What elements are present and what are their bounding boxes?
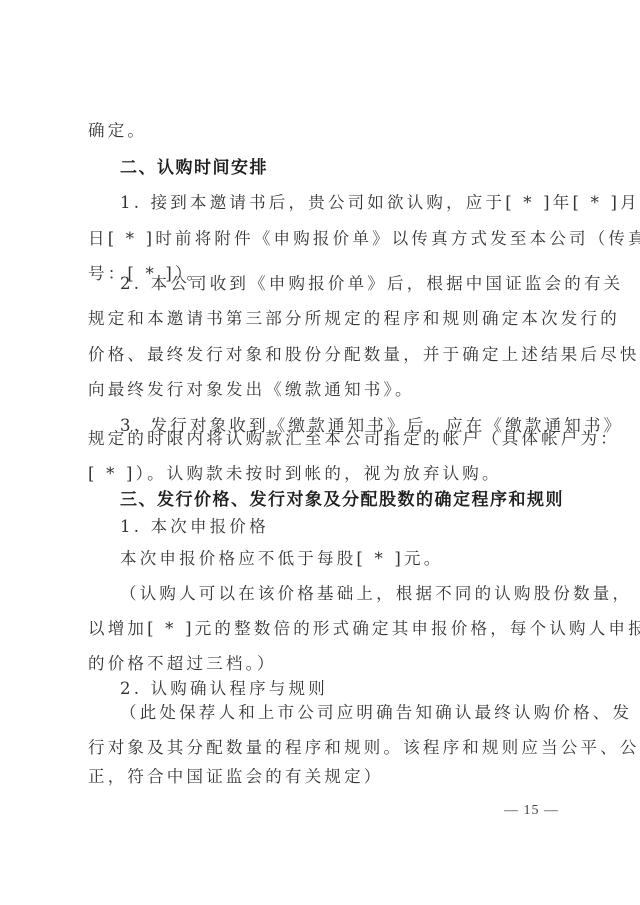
paragraph-line: （此处保荐人和上市公司应明确告知确认最终认购价格、发	[120, 703, 590, 723]
paragraph-line: （认购人可以在该价格基础上，根据不同的认购股份数量，	[120, 584, 590, 604]
section-heading-2: 二、认购时间安排	[120, 158, 590, 178]
paragraph-line: 1. 本次申报价格	[120, 517, 590, 537]
paragraph-line: 规定的时限内将认购款汇至本公司指定的帐户（具体帐户为：	[88, 429, 558, 449]
paragraph-line: 日[ * ]时前将附件《申购报价单》以传真方式发至本公司（传真	[88, 229, 558, 249]
paragraph-line: 2. 认购确认程序与规则	[120, 679, 590, 699]
paragraph-line: 向最终发行对象发出《缴款通知书》。	[88, 380, 558, 400]
paragraph-line: 以增加[ * ]元的整数倍的形式确定其申报价格，每个认购人申报	[88, 619, 558, 639]
paragraph-line: 确定。	[88, 121, 558, 141]
paragraph-line: 规定和本邀请书第三部分所规定的程序和规则确定本次发行的	[88, 309, 558, 329]
paragraph-line: 价格、最终发行对象和股份分配数量，并于确定上述结果后尽快	[88, 345, 558, 365]
paragraph-line: 行对象及其分配数量的程序和规则。该程序和规则应当公平、公	[88, 738, 558, 758]
paragraph-line: [ * ]）。认购款未按时到帐的，视为放弃认购。	[88, 464, 558, 484]
paragraph-line: 的价格不超过三档。）	[88, 654, 558, 674]
paragraph-line: 1. 接到本邀请书后，贵公司如欲认购，应于[ * ]年[ * ]月[ * ]	[120, 193, 590, 213]
paragraph-line: 本次申报价格应不低于每股[ * ]元。	[120, 549, 590, 569]
page-number: — 15 —	[504, 803, 559, 819]
section-heading-3: 三、发行价格、发行对象及分配股数的确定程序和规则	[120, 490, 590, 510]
document-page: 确定。 二、认购时间安排 1. 接到本邀请书后，贵公司如欲认购，应于[ * ]年…	[0, 0, 640, 905]
paragraph-line: 正，符合中国证监会的有关规定）	[88, 767, 558, 787]
paragraph-line: 2. 本公司收到《申购报价单》后，根据中国证监会的有关	[120, 274, 590, 294]
